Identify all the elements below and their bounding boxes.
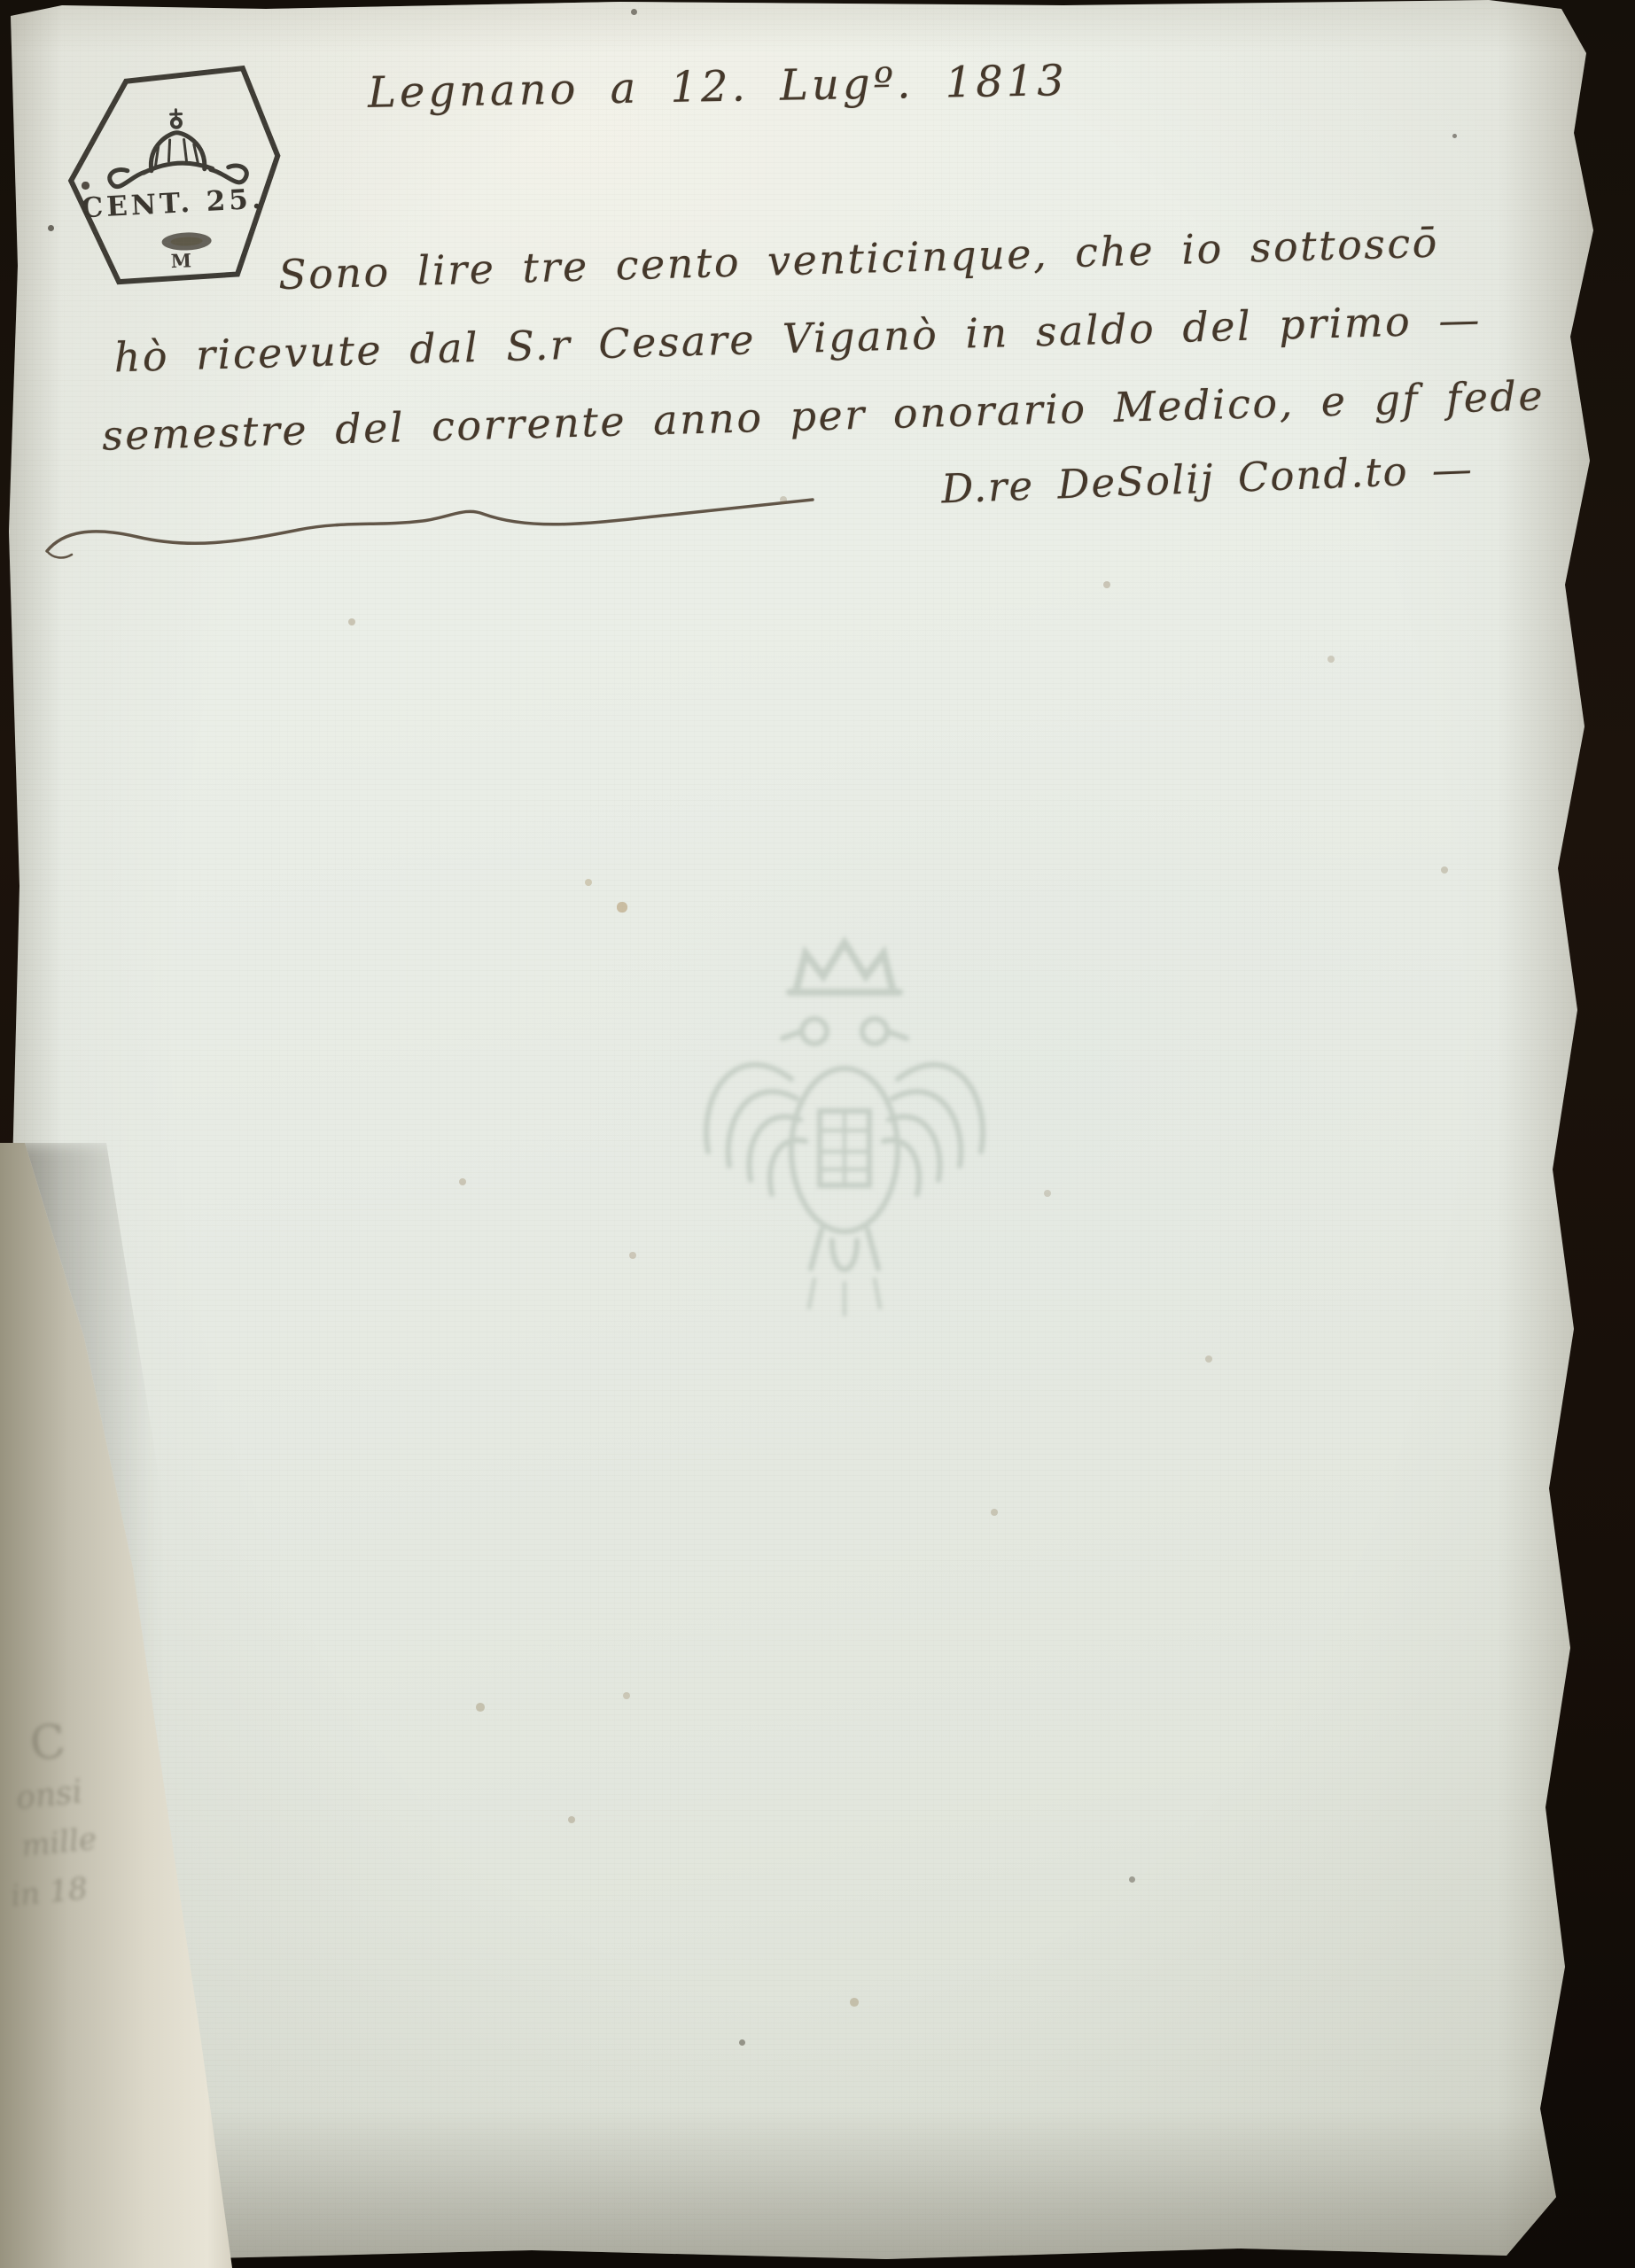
- flourish-icon: [40, 493, 824, 567]
- ink-specks: [0, 0, 3, 3]
- paper-sheet: CENT. 25. M Legnano a 12. Lugº. 1813 Son…: [0, 0, 1635, 2268]
- receipt-body: Sono lire tre cento venticinque, che io …: [93, 200, 1545, 474]
- verso-text-fragment: mille: [19, 1821, 98, 1865]
- dateline-handwriting: Legnano a 12. Lugº. 1813: [368, 56, 1069, 118]
- watermark-eagle-icon: [654, 928, 1035, 1336]
- crown-icon: [107, 107, 247, 187]
- verso-text-fragment: in 18: [9, 1871, 90, 1915]
- photo-frame: CENT. 25. M Legnano a 12. Lugº. 1813 Son…: [0, 0, 1635, 2268]
- verso-text-fragment: C: [27, 1715, 68, 1772]
- verso-text-fragment: onsi: [14, 1774, 84, 1817]
- signature-handwriting: D.re DeSolij Cond.to —: [940, 445, 1475, 512]
- foxing-spots: [0, 0, 4, 4]
